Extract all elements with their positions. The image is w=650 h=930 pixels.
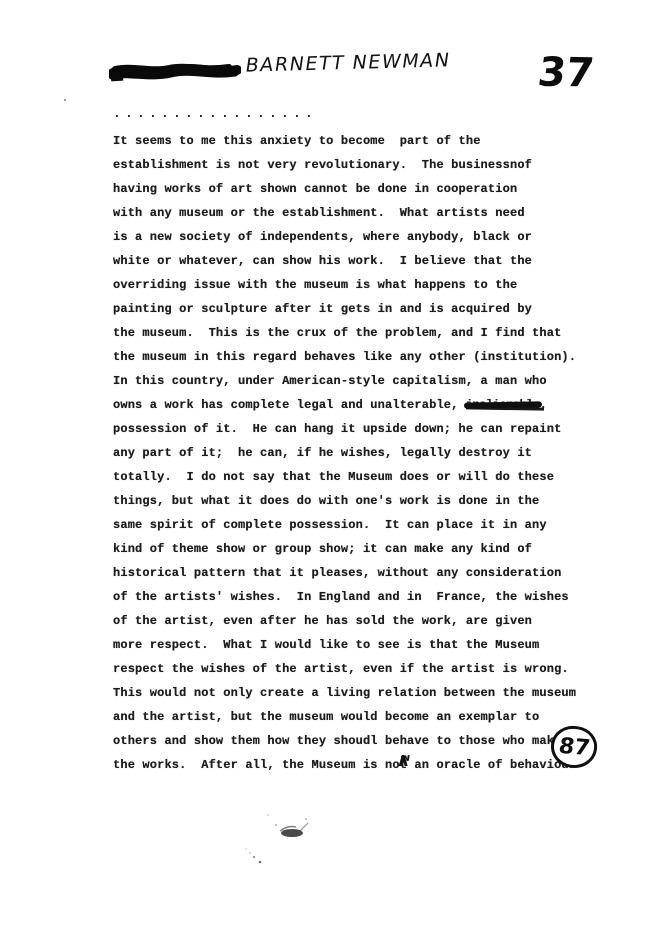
text-line: of the artists' wishes. In England and i… [113,585,613,609]
text-line: having works of art shown cannot be done… [113,177,613,201]
text-line: kind of theme show or group show; it can… [113,537,613,561]
struck-out-word: inalienable [466,398,540,412]
text-line: painting or sculpture after it gets in a… [113,297,613,321]
ink-smudge [240,805,360,880]
text-line: possession of it. He can hang it upside … [113,417,613,441]
text-line: respect the wishes of the artist, even i… [113,657,613,681]
text-line: the museum. This is the crux of the prob… [113,321,613,345]
ellipsis-dotted-line: ................. [113,106,317,121]
text-line: is a new society of independents, where … [113,225,613,249]
circled-number-value: 87 [556,733,591,760]
document-page: BARNETT NEWMAN 37 ................. It s… [0,0,650,930]
stray-ink-dot [64,99,66,101]
text-line: establishment is not very revolutionary.… [113,153,613,177]
text-line: overriding issue with the museum is what… [113,273,613,297]
handwritten-author-name: BARNETT NEWMAN [244,49,452,76]
text-line: owns a work has complete legal and unalt… [113,393,613,417]
text-line: others and show them how they shoudl beh… [113,729,613,753]
inserted-letter: w [399,747,411,772]
text-line: This would not only create a living rela… [113,681,613,705]
text-line: the museum in this regard behaves like a… [113,345,613,369]
text-line: the works. After all, the Museum is notw… [113,753,613,777]
text-line: same spirit of complete possession. It c… [113,513,613,537]
text-line: of the artist, even after he has sold th… [113,609,613,633]
text-line: white or whatever, can show his work. I … [113,249,613,273]
text-line: with any museum or the establishment. Wh… [113,201,613,225]
redaction-scribble [109,60,241,84]
text-line: any part of it; he can, if he wishes, le… [113,441,613,465]
page-number: 37 [535,50,596,97]
text-line: In this country, under American-style ca… [113,369,613,393]
text-line: more respect. What I would like to see i… [113,633,613,657]
text-line: things, but what it does do with one's w… [113,489,613,513]
text-line: and the artist, but the museum would bec… [113,705,613,729]
text-line: totally. I do not say that the Museum do… [113,465,613,489]
text-line: It seems to me this anxiety to become pa… [113,129,613,153]
handwritten-correction: tw [400,758,407,772]
text-line: historical pattern that it pleases, with… [113,561,613,585]
body-lines: It seems to me this anxiety to become pa… [113,129,613,777]
